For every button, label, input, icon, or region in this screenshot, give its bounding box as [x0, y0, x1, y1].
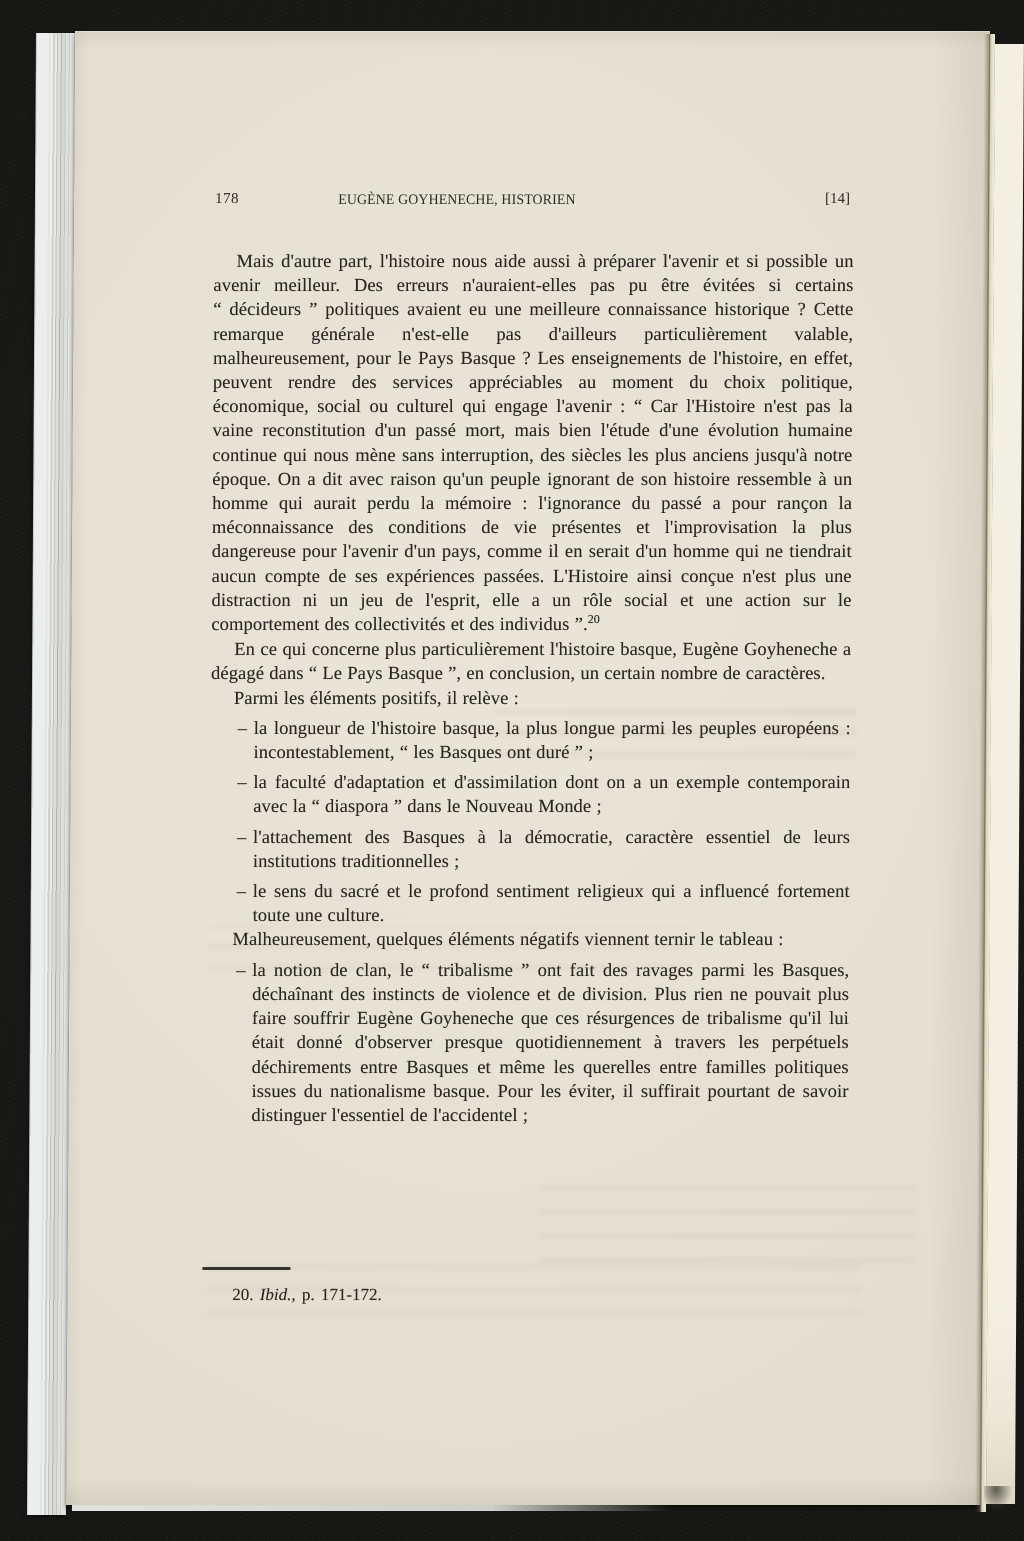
list-item: – l'attachement des Basques à la démocra…	[210, 826, 850, 874]
list-item-text: l'attachement des Basques à la démocrati…	[253, 828, 850, 872]
page-number: 178	[215, 191, 239, 208]
paragraph-text: Mais d'autre part, l'histoire nous aide …	[211, 252, 853, 635]
footnote-reference: 20	[588, 612, 600, 626]
running-head: 178 EUGÈNE GOYHENECHE, HISTORIEN [14]	[214, 191, 854, 213]
dash-bullet: –	[238, 717, 248, 741]
paragraph-history-purpose: Mais d'autre part, l'histoire nous aide …	[211, 250, 853, 638]
dash-bullet: –	[237, 826, 247, 850]
list-item-text: la faculté d'adaptation et d'assimilatio…	[253, 773, 850, 817]
footnote-work: Ibid.,	[260, 1285, 296, 1304]
page-bottom-edge	[72, 1505, 672, 1511]
book: 178 EUGÈNE GOYHENECHE, HISTORIEN [14] Ma…	[27, 31, 1024, 1518]
list-item: – la faculté d'adaptation et d'assimilat…	[210, 771, 850, 819]
positive-items-list: – la longueur de l'histoire basque, la p…	[210, 717, 851, 929]
footnote-pages: p. 171-172.	[302, 1285, 382, 1304]
footnote-number: 20.	[232, 1285, 253, 1304]
list-item: – la longueur de l'histoire basque, la p…	[211, 717, 851, 765]
scanner-background: 178 EUGÈNE GOYHENECHE, HISTORIEN [14] Ma…	[0, 0, 1024, 1541]
dash-bullet: –	[236, 959, 246, 983]
dash-bullet: –	[237, 771, 247, 795]
paragraph-negative-intro: Malheureusement, quelques éléments négat…	[209, 928, 849, 952]
list-item: – la notion de clan, le “ tribalisme ” o…	[208, 959, 849, 1128]
book-page: 178 EUGÈNE GOYHENECHE, HISTORIEN [14] Ma…	[66, 31, 990, 1505]
footnote-text: 20. Ibid., p. 171-172.	[207, 1285, 847, 1305]
dash-bullet: –	[237, 880, 247, 904]
list-item-text: la notion de clan, le “ tribalisme ” ont…	[251, 961, 849, 1126]
list-item-text: le sens du sacré et le profond sentiment…	[253, 882, 850, 926]
paragraph-basque-history: En ce qui concerne plus particulièrement…	[211, 638, 851, 686]
list-item-text: la longueur de l'histoire basque, la plu…	[254, 719, 851, 763]
footnote-block: 20. Ibid., p. 171-172.	[207, 1267, 847, 1305]
paragraph-positive-intro: Parmi les éléments positifs, il relève :	[211, 687, 851, 711]
footnote-rule	[202, 1267, 290, 1270]
list-item: – le sens du sacré et le profond sentime…	[210, 880, 850, 928]
running-title: EUGÈNE GOYHENECHE, HISTORIEN	[338, 192, 575, 209]
negative-items-list: – la notion de clan, le “ tribalisme ” o…	[208, 959, 849, 1128]
page-body: Mais d'autre part, l'histoire nous aide …	[208, 250, 853, 1128]
issue-reference: [14]	[825, 191, 850, 208]
